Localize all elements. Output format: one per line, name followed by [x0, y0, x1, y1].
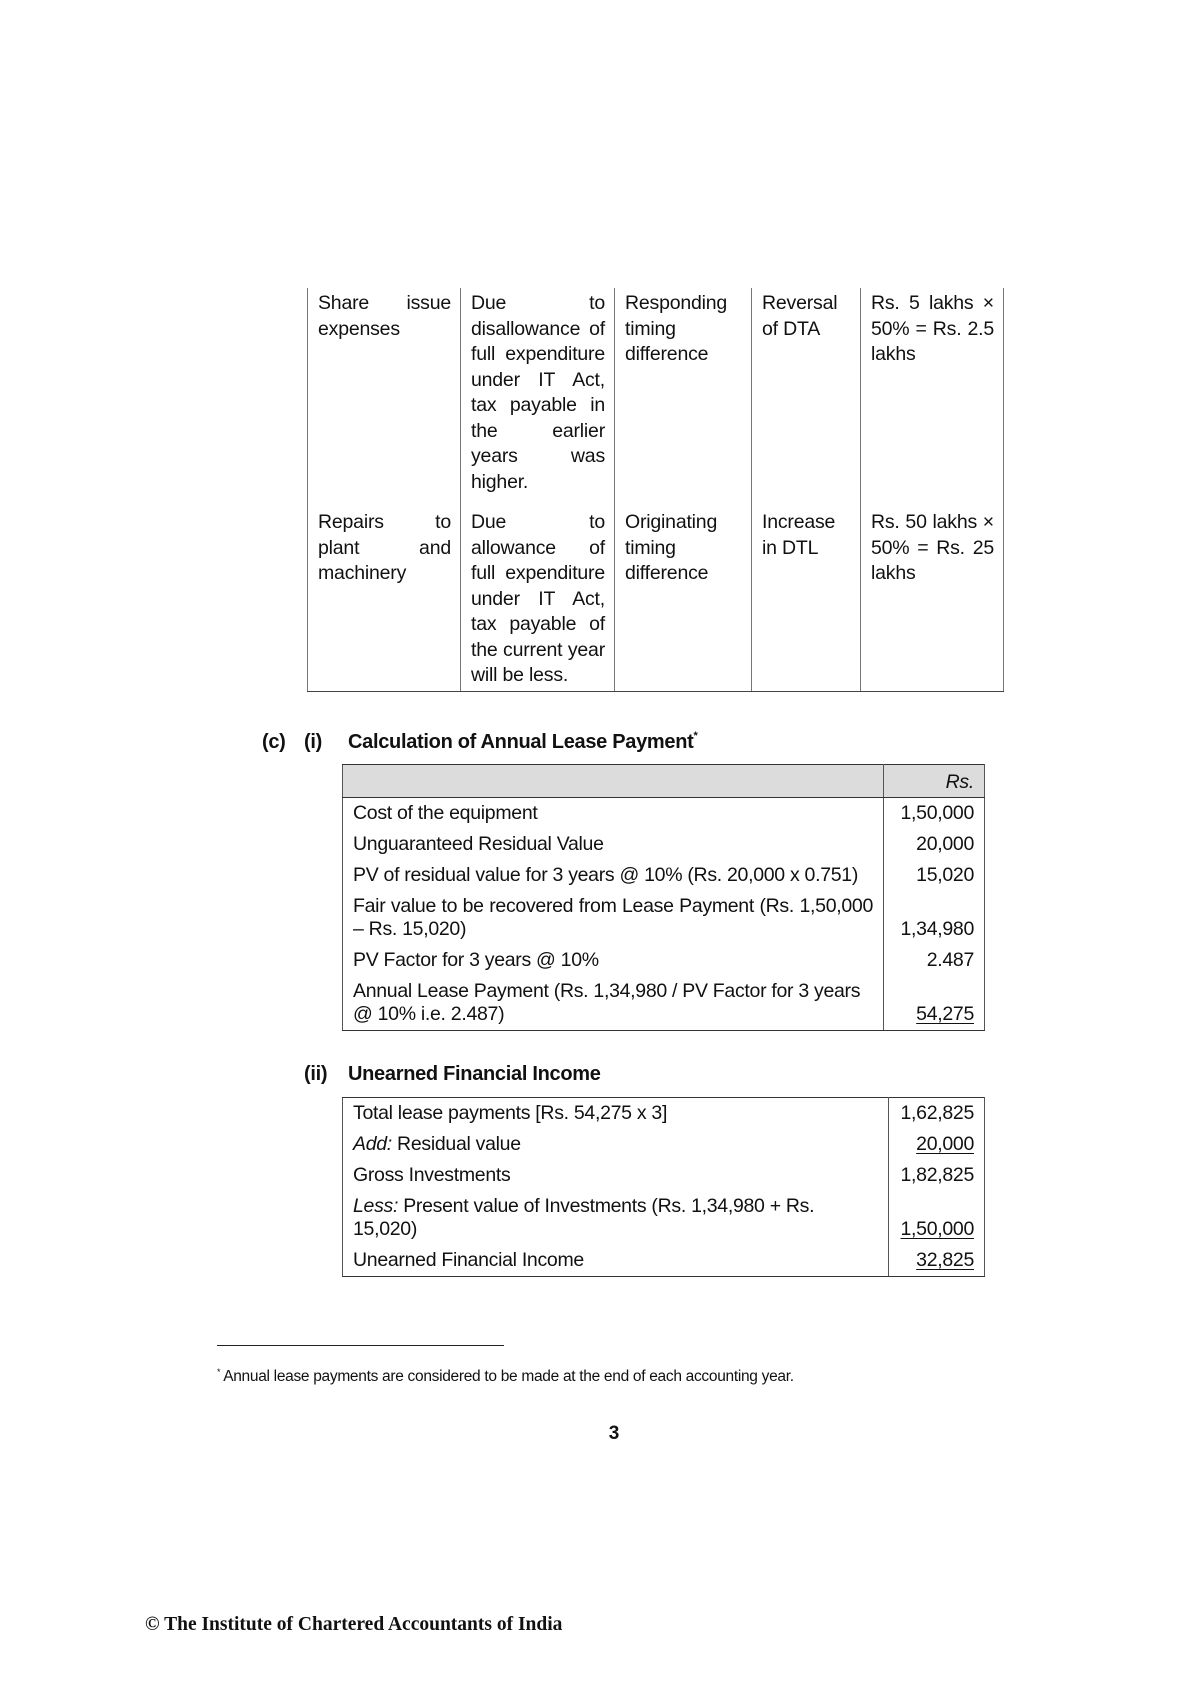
amount-cell: Rs. 5 lakhs × 50% = Rs. 2.5 lakhs: [861, 288, 1004, 497]
footnote: *Annual lease payments are considered to…: [217, 1367, 794, 1386]
effect-cell: Reversal of DTA: [752, 288, 861, 497]
section-c-heading: (c)(i)Calculation of Annual Lease Paymen…: [262, 730, 698, 754]
table-row: Fair value to be recovered from Lease Pa…: [343, 891, 985, 945]
annual-lease-payment-table: Rs. Cost of the equipment 1,50,000 Ungua…: [342, 764, 985, 1031]
table-row: Cost of the equipment 1,50,000: [343, 798, 985, 830]
difference-cell: Originating timing difference: [615, 497, 752, 691]
table-row: Unguaranteed Residual Value 20,000: [343, 829, 985, 860]
part-label: (c): [262, 731, 304, 754]
sub-label: (ii): [304, 1063, 348, 1086]
unearned-financial-income-table: Total lease payments [Rs. 54,275 x 3] 1,…: [342, 1097, 985, 1277]
table-row: PV of residual value for 3 years @ 10% (…: [343, 860, 985, 891]
footnote-mark: *: [217, 1367, 220, 1377]
reason-cell: Due to allowance of full expenditure und…: [461, 497, 615, 691]
table-row: Share issue expenses Due to disallowance…: [308, 288, 1004, 497]
table-row: Repairs to plant and machinery Due to al…: [308, 497, 1004, 691]
effect-cell: Increase in DTL: [752, 497, 861, 691]
table-row: Add: Residual value 20,000: [343, 1129, 985, 1160]
copyright-footer: © The Institute of Chartered Accountants…: [145, 1614, 562, 1636]
sub-label: (i): [304, 731, 348, 754]
currency-header: Rs.: [884, 765, 985, 798]
section-title: Calculation of Annual Lease Payment: [348, 731, 694, 753]
table-header-row: Rs.: [343, 765, 985, 798]
page-number: 3: [0, 1423, 1191, 1445]
table-row: Unearned Financial Income 32,825: [343, 1245, 985, 1277]
table-row: PV Factor for 3 years @ 10% 2.487: [343, 945, 985, 976]
difference-cell: Responding timing difference: [615, 288, 752, 497]
reason-cell: Due to disallowance of full expenditure …: [461, 288, 615, 497]
footnote-marker: *: [694, 730, 698, 742]
table-row: Annual Lease Payment (Rs. 1,34,980 / PV …: [343, 976, 985, 1031]
item-cell: Repairs to plant and machinery: [308, 497, 461, 691]
amount-cell: Rs. 50 lakhs × 50% = Rs. 25 lakhs: [861, 497, 1004, 691]
section-title: Unearned Financial Income: [348, 1063, 601, 1085]
footnote-text: Annual lease payments are considered to …: [223, 1368, 794, 1385]
table-row: Gross Investments 1,82,825: [343, 1160, 985, 1191]
timing-difference-table: Share issue expenses Due to disallowance…: [307, 288, 1004, 692]
table-row: Less: Present value of Investments (Rs. …: [343, 1191, 985, 1245]
section-ii-heading: (ii)Unearned Financial Income: [304, 1063, 601, 1086]
footnote-divider: [217, 1345, 504, 1346]
item-cell: Share issue expenses: [308, 288, 461, 497]
table-row: Total lease payments [Rs. 54,275 x 3] 1,…: [343, 1098, 985, 1130]
